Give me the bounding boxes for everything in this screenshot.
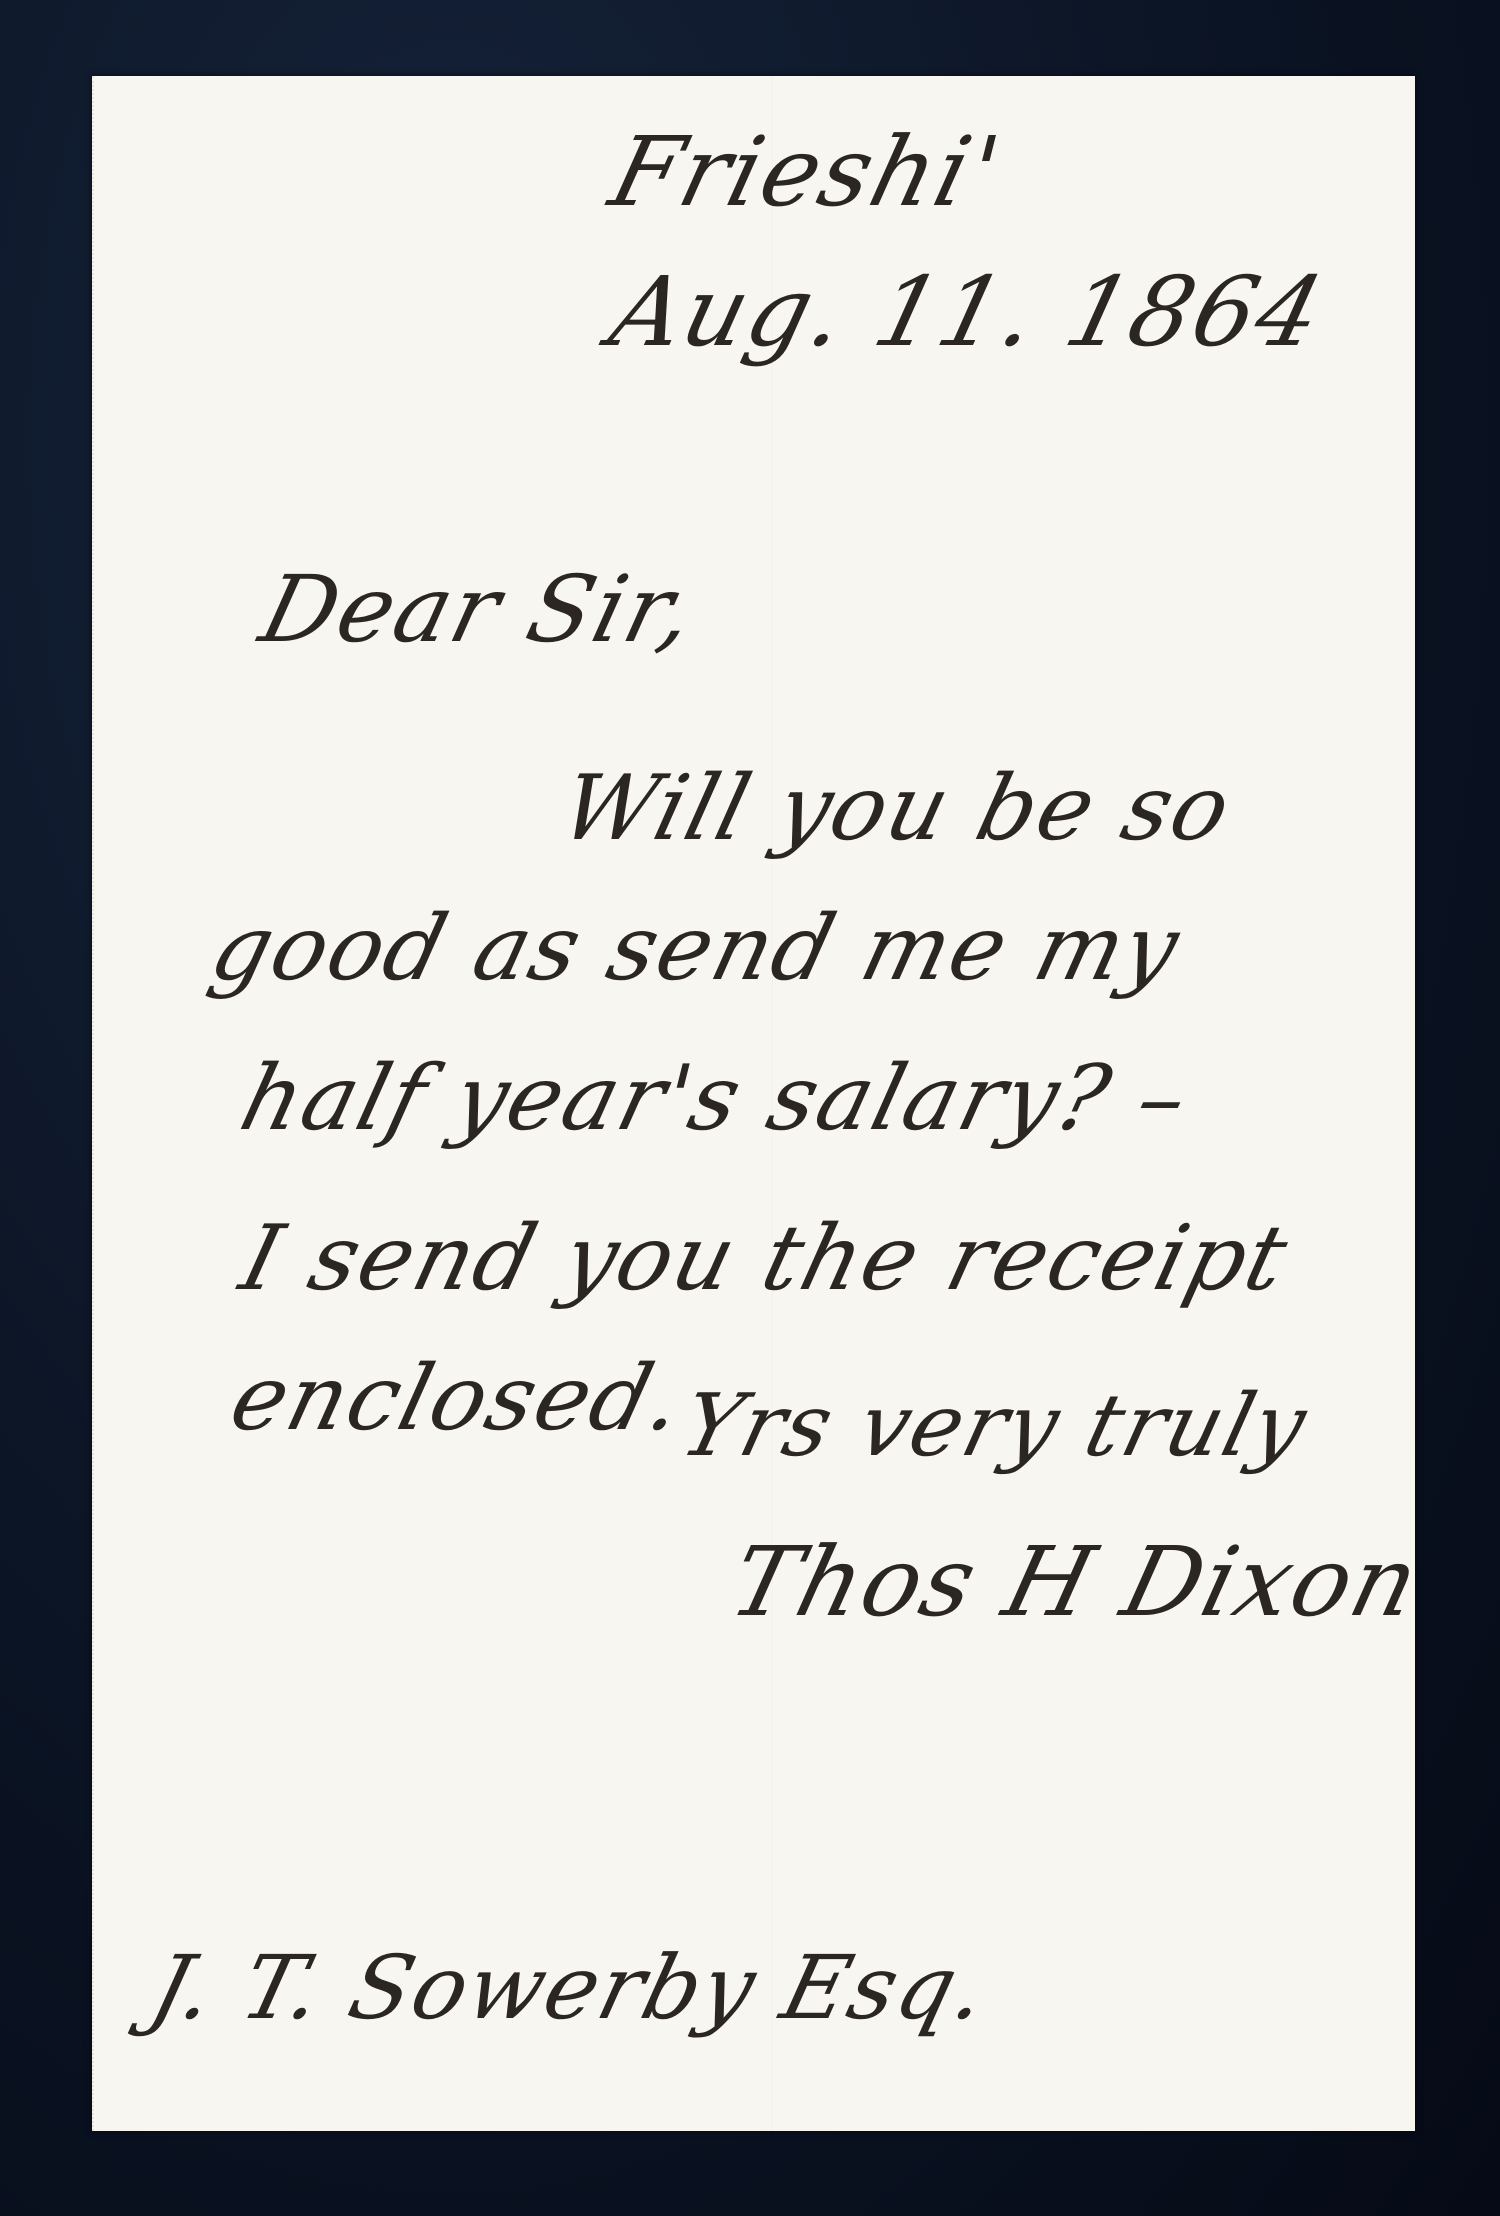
body-line: good as send me my — [201, 896, 1191, 1001]
letter-paper: Frieshi' Aug. 11. 1864 Dear Sir, Will yo… — [92, 76, 1415, 2131]
salutation: Dear Sir, — [251, 556, 708, 663]
signature: Thos H Dixon — [720, 1526, 1431, 1638]
letter-place: Frieshi' — [600, 116, 1012, 228]
body-line: I send you the receipt — [231, 1206, 1299, 1311]
body-line: Will you be so — [551, 756, 1243, 861]
addressee: J. T. Sowerby Esq. — [141, 1936, 999, 2039]
body-line: enclosed. — [221, 1346, 695, 1451]
body-line: half year's salary? – — [231, 1046, 1200, 1151]
closing: Yrs very truly — [672, 1376, 1318, 1476]
letter-date: Aug. 11. 1864 — [600, 256, 1335, 368]
